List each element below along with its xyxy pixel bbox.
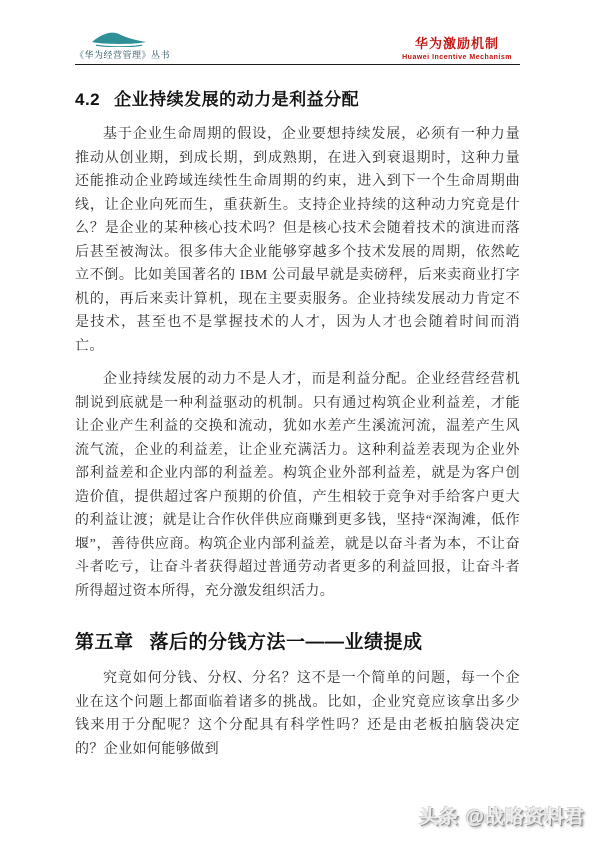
chapter-title: 落后的分钱方法一——业绩提成	[150, 632, 423, 653]
watermark: 头条 @战略资料君	[419, 802, 585, 829]
section-heading: 4.2企业持续发展的动力是利益分配	[75, 85, 520, 110]
series-brand: 《华为经营管理》丛书	[75, 30, 170, 61]
document-page: 《华为经营管理》丛书 华为激励机制 Huawei Incentive Mecha…	[0, 0, 595, 841]
section-number: 4.2	[75, 90, 100, 109]
section-paragraph-1: 基于企业生命周期的假设，企业要想持续发展，必须有一种力量推动从创业期，到成长期，…	[75, 123, 520, 358]
section-paragraph-2: 企业持续发展的动力不是人才，而是利益分配。企业经营经营机制说到底就是一种利益驱动…	[75, 368, 520, 603]
book-title-cn: 华为激励机制	[415, 33, 499, 52]
chapter-paragraph-1: 究竟如何分钱、分权、分名？这不是一个简单的问题，每一个企业在这个问题上都面临着诸…	[75, 667, 520, 761]
mountain-logo-icon	[91, 30, 147, 47]
book-title-en: Huawei Incentive Mechanism	[402, 54, 512, 61]
chapter-heading: 第五章落后的分钱方法一——业绩提成	[75, 627, 520, 654]
series-label: 《华为经营管理》丛书	[75, 48, 170, 61]
header-divider	[75, 64, 520, 65]
book-brand: 华为激励机制 Huawei Incentive Mechanism	[402, 33, 520, 61]
page-header: 《华为经营管理》丛书 华为激励机制 Huawei Incentive Mecha…	[75, 30, 520, 61]
chapter-number: 第五章	[75, 632, 134, 653]
section-title: 企业持续发展的动力是利益分配	[114, 90, 359, 109]
